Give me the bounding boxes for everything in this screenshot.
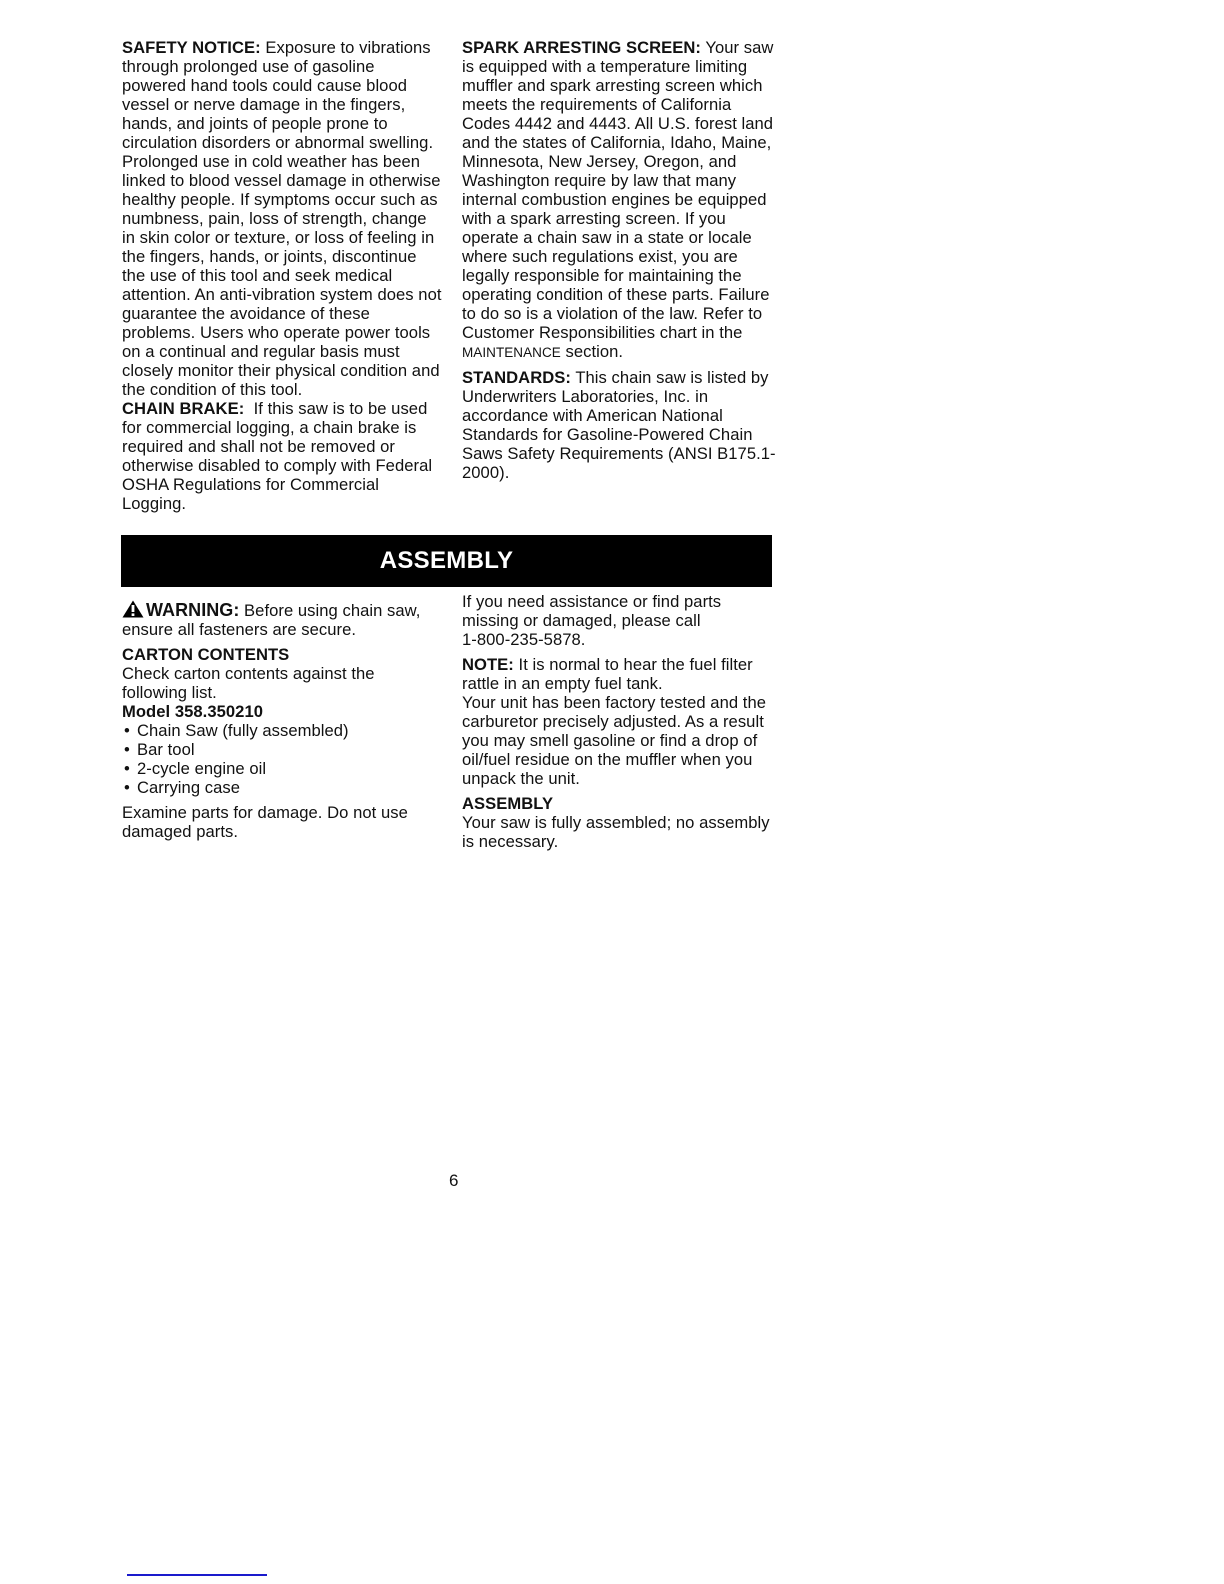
assembly-text: Your saw is fully assembled; no assembly… (462, 813, 782, 851)
safety-notice-label: SAFETY NOTICE: (122, 38, 261, 57)
factory-tested-paragraph: Your unit has been factory tested and th… (462, 693, 782, 788)
chain-brake-paragraph: CHAIN BRAKE: If this saw is to be used f… (122, 399, 442, 513)
list-item: Chain Saw (fully assembled) (122, 721, 442, 740)
list-item: Carrying case (122, 778, 442, 797)
left-column-bottom: WARNING: Before using chain saw, ensure … (122, 600, 442, 841)
page-number: 6 (449, 1171, 458, 1191)
assembly-section-banner: ASSEMBLY (121, 535, 772, 587)
assistance-paragraph: If you need assistance or find parts mis… (462, 592, 782, 649)
assembly-subheading: ASSEMBLY (462, 794, 782, 813)
banner-title: ASSEMBLY (380, 547, 514, 575)
examine-parts-text: Examine parts for damage. Do not use dam… (122, 803, 442, 841)
spark-arresting-text-end: section. (561, 342, 623, 361)
assistance-text: If you need assistance or find parts mis… (462, 592, 721, 630)
safety-notice-paragraph: SAFETY NOTICE: Exposure to vibrations th… (122, 38, 442, 399)
warning-triangle-icon (122, 600, 144, 618)
spark-arresting-text: Your saw is equipped with a temperature … (462, 38, 773, 342)
right-column-top: SPARK ARRESTING SCREEN: Your saw is equi… (462, 38, 782, 482)
note-label: NOTE: (462, 655, 514, 674)
standards-label: STANDARDS: (462, 368, 571, 387)
model-number: Model 358.350210 (122, 702, 442, 721)
list-item: Bar tool (122, 740, 442, 759)
chain-brake-label: CHAIN BRAKE: (122, 399, 244, 418)
list-item: 2-cycle engine oil (122, 759, 442, 778)
carton-items-list: Chain Saw (fully assembled) Bar tool 2-c… (122, 721, 442, 797)
bottom-rule-divider (127, 1574, 267, 1576)
maintenance-section-ref: MAINTENANCE (462, 345, 561, 360)
assistance-phone: 1-800-235-5878. (462, 630, 585, 649)
standards-paragraph: STANDARDS: This chain saw is listed by U… (462, 368, 782, 482)
carton-contents-text: Check carton contents against the follow… (122, 664, 442, 702)
spark-arresting-paragraph: SPARK ARRESTING SCREEN: Your saw is equi… (462, 38, 782, 362)
note-paragraph: NOTE: It is normal to hear the fuel filt… (462, 655, 782, 693)
warning-label: WARNING: (146, 600, 239, 620)
carton-contents-heading: CARTON CONTENTS (122, 645, 442, 664)
right-column-bottom: If you need assistance or find parts mis… (462, 592, 782, 851)
spark-arresting-label: SPARK ARRESTING SCREEN: (462, 38, 701, 57)
left-column-top: SAFETY NOTICE: Exposure to vibrations th… (122, 38, 442, 513)
warning-paragraph: WARNING: Before using chain saw, ensure … (122, 600, 442, 639)
safety-notice-text: Exposure to vibrations through prolonged… (122, 38, 442, 399)
